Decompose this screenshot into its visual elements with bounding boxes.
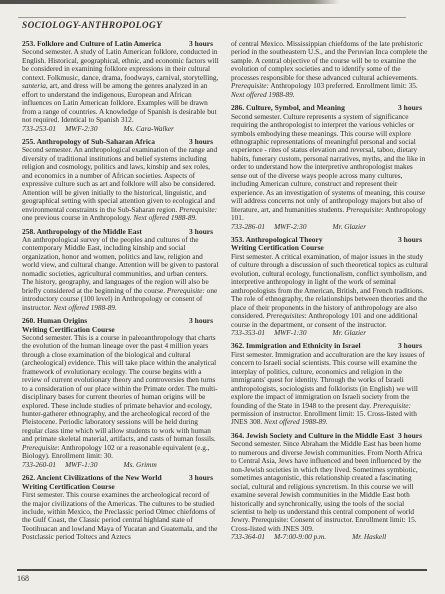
meeting-time: MWF-2:30	[65, 125, 97, 133]
course-entry: 253. Folklore and Culture of Latin Ameri…	[22, 40, 219, 133]
left-column: 253. Folklore and Culture of Latin Ameri…	[22, 40, 219, 547]
instructor-name: Mr. Haskell	[352, 533, 386, 541]
course-entry: 262. Ancient Civilizations of the New Wo…	[22, 474, 219, 542]
course-entry: 286. Culture, Symbol, and Meaning3 hours…	[231, 104, 428, 231]
section-code: 733-260-01	[22, 461, 56, 469]
instructor-name: Ms. Grimm	[123, 461, 156, 469]
section-code: 733-364-01	[231, 533, 265, 541]
section-code: 733-286-01	[231, 223, 265, 231]
continued-paragraph: of central Mexico. Mississippian chiefdo…	[231, 40, 428, 99]
catalog-page: SOCIOLOGY-ANTHROPOLOGY 253. Folklore and…	[0, 0, 445, 594]
course-entry: 260. Human Origins3 hoursWriting Certifi…	[22, 317, 219, 469]
course-columns: 253. Folklore and Culture of Latin Ameri…	[22, 40, 428, 547]
course-entry: 364. Jewish Society and Culture in the M…	[231, 432, 428, 542]
instructor-name: Mr. Glazier	[332, 223, 366, 231]
page-title: SOCIOLOGY-ANTHROPOLOGY	[22, 21, 162, 31]
meeting-time: MWF-1:30	[65, 461, 97, 469]
meeting-time: M-7:00-9:00 p.m.	[274, 533, 326, 541]
meeting-time: MWF-1:30	[274, 329, 306, 337]
page-number: 168	[17, 574, 29, 583]
right-column: of central Mexico. Mississippian chiefdo…	[231, 40, 428, 547]
course-description: First semester. This course examines the…	[22, 491, 219, 542]
course-credit-hours: 3 hours	[189, 317, 213, 325]
course-description: First semester. Immigration and accultur…	[231, 351, 428, 427]
course-schedule-row: 733-253-01MWF-2:30Ms. Cara-Walker	[22, 125, 219, 133]
course-schedule-row: 733-260-01MWF-1:30Ms. Grimm	[22, 461, 219, 469]
instructor-name: Mr. Glazier	[332, 329, 366, 337]
course-description: First semester. A critical examination, …	[231, 253, 428, 329]
course-entry: 258. Anthropology of the Middle East3 ho…	[22, 228, 219, 313]
instructor-name: Ms. Cara-Walker	[123, 125, 173, 133]
course-schedule-row: 733-353-01MWF-1:30Mr. Glazier	[231, 329, 428, 337]
course-credit-hours: 3 hours	[398, 236, 422, 244]
scan-edge-artifact	[0, 0, 340, 4]
course-schedule-row: 733-364-01M-7:00-9:00 p.m.Mr. Haskell	[231, 533, 428, 541]
course-description: Second semester. Since Abraham the Middl…	[231, 440, 428, 533]
course-description: Second semester. This is a course in pal…	[22, 334, 219, 461]
header-rule	[18, 17, 406, 18]
footer-rule	[17, 569, 427, 571]
section-code: 733-353-01	[231, 329, 265, 337]
course-credit-hours: 3 hours	[189, 474, 213, 482]
course-entry: 362. Immigration and Ethnicity in Israel…	[231, 342, 428, 427]
course-description: Second semester. Culture represents a sy…	[231, 113, 428, 223]
section-code: 733-253-01	[22, 125, 56, 133]
course-description: Second semester. An anthropological exam…	[22, 146, 219, 222]
course-schedule-row: 733-286-01MWF-2:30Mr. Glazier	[231, 223, 428, 231]
course-entry: 255. Anthropology of Sub-Saharan Africa3…	[22, 138, 219, 223]
course-description: An anthropological survey of the peoples…	[22, 236, 219, 312]
meeting-time: MWF-2:30	[274, 223, 306, 231]
course-description: Second semester. A study of Latin Americ…	[22, 48, 219, 124]
course-entry: 353. Anthropological Theory3 hoursWritin…	[231, 236, 428, 337]
